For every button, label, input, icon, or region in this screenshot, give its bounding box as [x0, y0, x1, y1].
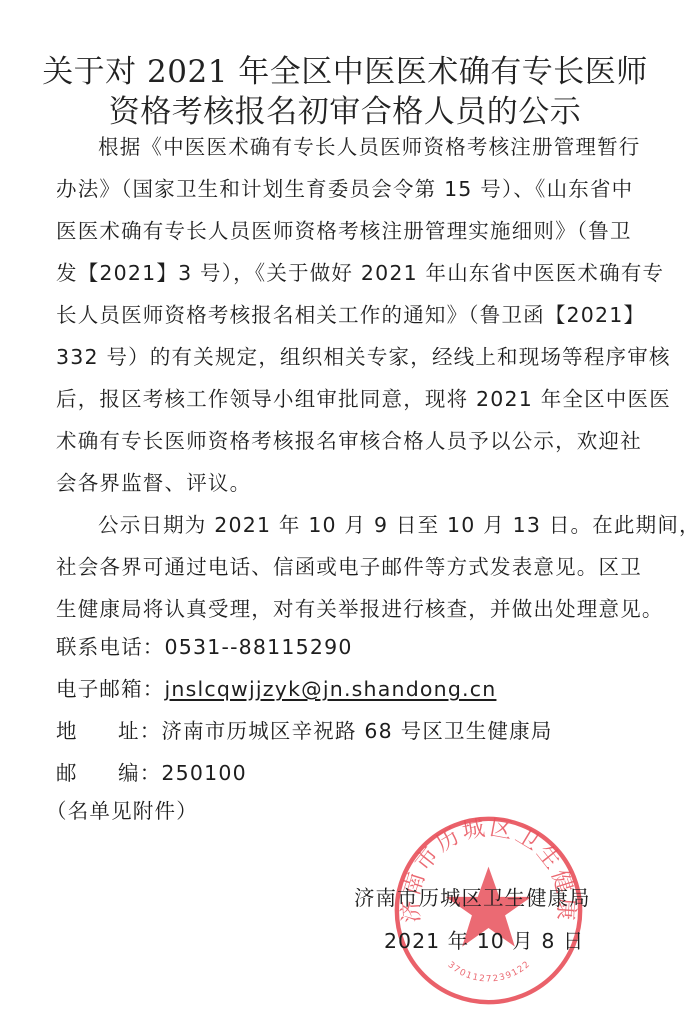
paragraph-line: 社会各界可通过电话、信函或电子邮件等方式发表意见。区卫: [56, 550, 642, 580]
paragraph-line: 根据《中医医术确有专长人员医师资格考核注册管理暂行: [98, 130, 641, 160]
svg-text:3701127239122: 3701127239122: [446, 959, 533, 985]
postcode-label-part2: 编：: [118, 761, 161, 785]
paragraph-line: 术确有专长医师资格考核报名审核合格人员予以公示，欢迎社: [56, 424, 642, 454]
address-label-part2: 址：: [118, 719, 161, 743]
seal-code: 3701127239122: [446, 959, 533, 985]
paragraph-line: 332 号）的有关规定，组织相关专家，经线上和现场等程序审核: [56, 340, 671, 370]
email-label: 电子邮箱：: [56, 677, 165, 701]
contact-phone: 联系电话：0531--88115290: [56, 630, 353, 660]
postcode-label-part1: 邮: [56, 756, 118, 786]
paragraph-line: 办法》（国家卫生和计划生育委员会令第 15 号）、《山东省中: [56, 172, 633, 202]
signature-date: 2021 年 10 月 8 日: [384, 924, 584, 954]
attachment-note: （名单见附件）: [46, 794, 198, 824]
email-link[interactable]: jnslcqwjjzyk@jn.shandong.cn: [165, 677, 497, 701]
contact-postcode: 邮编：250100: [56, 756, 247, 786]
phone-value[interactable]: 0531--88115290: [165, 635, 353, 659]
paragraph-line: 医医术确有专长人员医师资格考核注册管理实施细则》（鲁卫: [56, 214, 632, 244]
paragraph-line: 发【2021】3 号），《关于做好 2021 年山东省中医医术确有专: [56, 256, 664, 286]
paragraph-line: 长人员医师资格考核报名相关工作的通知》（鲁卫函【2021】: [56, 298, 645, 328]
paragraph-line: 会各界监督、评议。: [56, 466, 251, 496]
contact-email: 电子邮箱：jnslcqwjjzyk@jn.shandong.cn: [56, 672, 496, 702]
postcode-value: 250100: [161, 761, 246, 785]
document-title-line-1: 关于对 2021 年全区中医医术确有专长医师: [0, 46, 690, 91]
address-value: 济南市历城区辛祝路 68 号区卫生健康局: [161, 719, 552, 743]
paragraph-line: 公示日期为 2021 年 10 月 9 日至 10 月 13 日。在此期间，: [98, 508, 690, 538]
phone-label: 联系电话：: [56, 635, 165, 659]
paragraph-line: 后，报区考核工作领导小组审批同意，现将 2021 年全区中医医: [56, 382, 671, 412]
document-title-line-2: 资格考核报名初审合格人员的公示: [0, 86, 690, 131]
address-label-part1: 地: [56, 714, 118, 744]
signature-organization: 济南市历城区卫生健康局: [354, 881, 591, 911]
paragraph-line: 生健康局将认真受理，对有关举报进行核查，并做出处理意见。: [56, 592, 664, 622]
contact-address: 地址：济南市历城区辛祝路 68 号区卫生健康局: [56, 714, 553, 744]
